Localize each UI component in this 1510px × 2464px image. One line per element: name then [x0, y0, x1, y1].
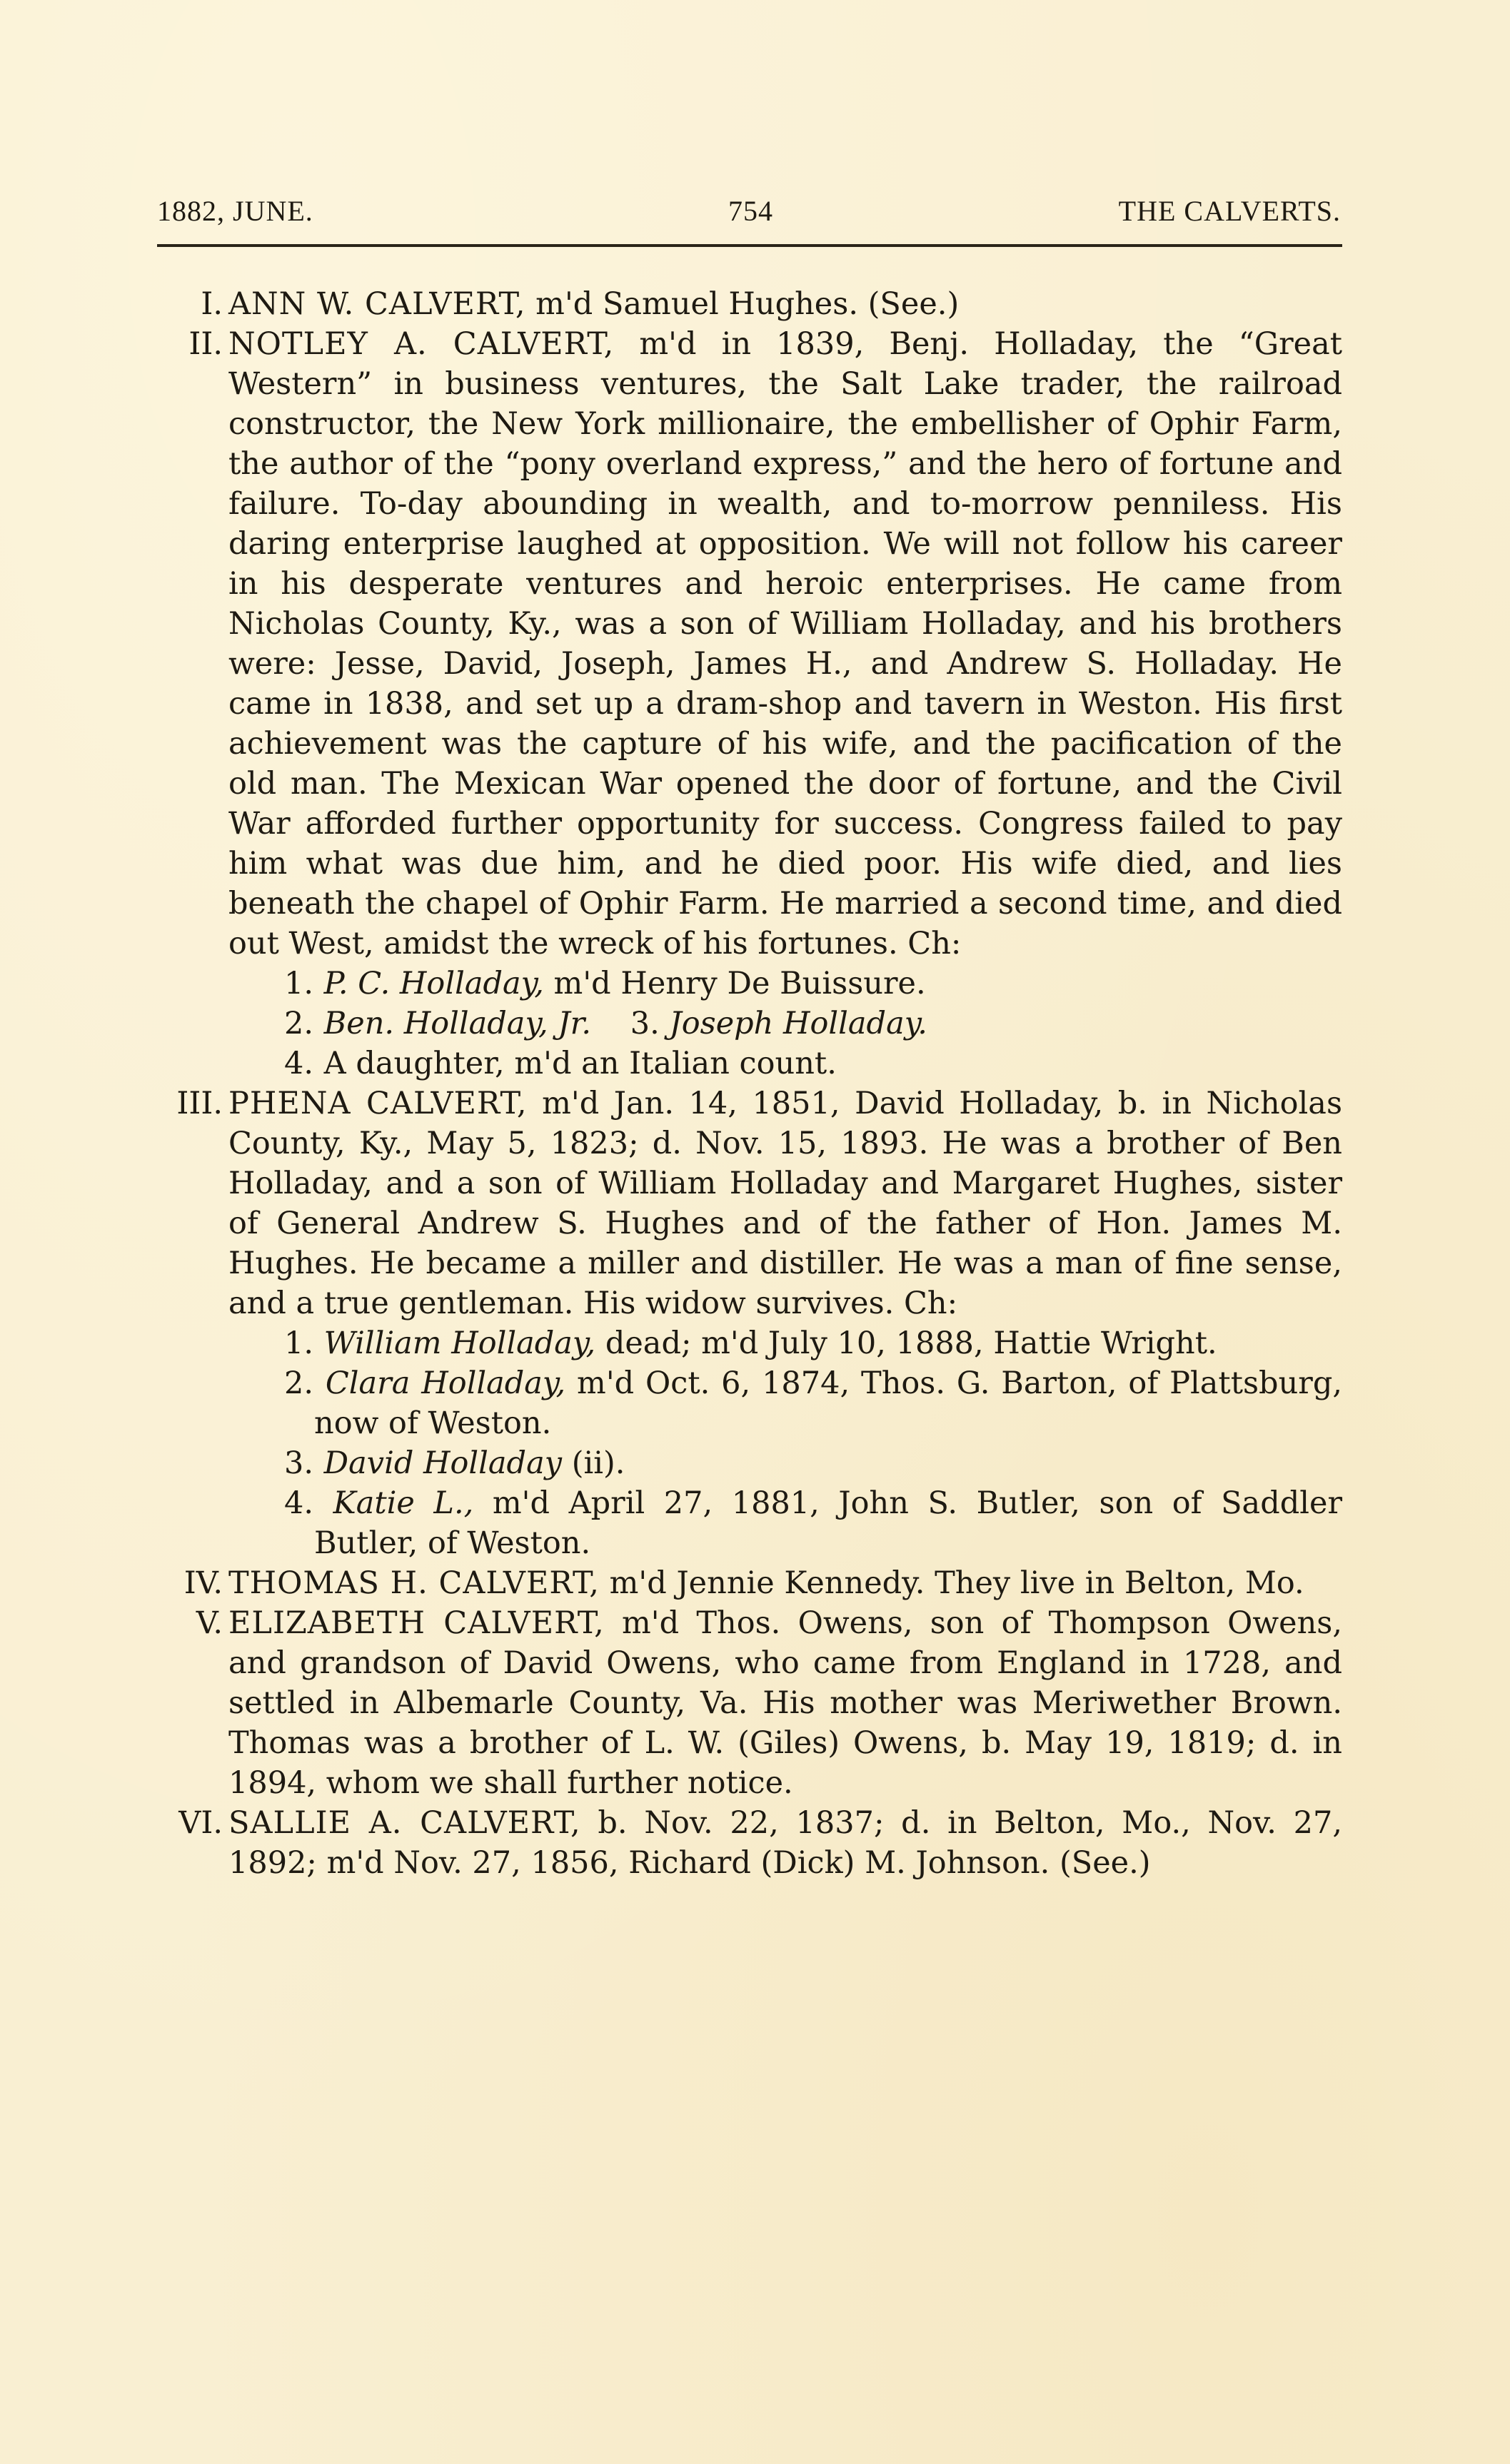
entry-text: m'd Jennie Kennedy. They live in Belton,…	[610, 1565, 1304, 1601]
page-number: 754	[728, 194, 773, 228]
entry-name: THOMAS H. CALVERT,	[228, 1565, 600, 1601]
entry-name: SALLIE A. CALVERT,	[228, 1805, 581, 1841]
child-number: 2.	[284, 1363, 314, 1403]
book-page: 1882, JUNE. 754 THE CALVERTS. I. ANN W. …	[0, 0, 1510, 2464]
header-date: 1882, JUNE.	[157, 194, 313, 228]
entry-sallie: VI. SALLIE A. CALVERT, b. Nov. 22, 1837;…	[171, 1803, 1342, 1883]
child-item: 3. David Holladay (ii).	[171, 1443, 1342, 1483]
entry-ann: I. ANN W. CALVERT, m'd Samuel Hughes. (S…	[171, 284, 1342, 324]
child-name: David Holladay	[324, 1445, 562, 1481]
child-number: 4.	[284, 1483, 314, 1523]
child-text: m'd Henry De Buissure.	[554, 966, 926, 1001]
entry-notley: II. NOTLEY A. CALVERT, m'd in 1839, Benj…	[171, 324, 1342, 964]
child-item: 4. A daughter, m'd an Italian count.	[171, 1044, 1342, 1084]
child-name: Joseph Holladay.	[670, 1006, 927, 1041]
child-item: 2. Clara Holladay, m'd Oct. 6, 1874, Tho…	[171, 1363, 1342, 1443]
child-name: Katie L.,	[333, 1485, 474, 1521]
entry-text: m'd in 1839, Benj. Holladay, the “Great …	[228, 326, 1342, 961]
entry-name: ANN W. CALVERT,	[228, 286, 526, 322]
entry-numeral: IV.	[164, 1563, 223, 1603]
entry-text: m'd Samuel Hughes. (See.)	[535, 286, 959, 322]
child-name: Ben. Holladay, Jr.	[324, 1006, 591, 1041]
child-name: William Holladay,	[324, 1326, 595, 1361]
child-number: 3.	[630, 1006, 660, 1041]
entry-name: ELIZABETH CALVERT,	[228, 1605, 605, 1641]
entry-elizabeth: V. ELIZABETH CALVERT, m'd Thos. Owens, s…	[171, 1603, 1342, 1803]
child-number: 4.	[284, 1044, 314, 1084]
child-name: P. C. Holladay,	[324, 966, 544, 1001]
entry-name: NOTLEY A. CALVERT,	[228, 326, 614, 362]
child-text: A daughter, m'd an Italian count.	[324, 1046, 837, 1081]
child-item: 4. Katie L., m'd April 27, 1881, John S.…	[171, 1483, 1342, 1563]
child-name: Clara Holladay,	[326, 1365, 565, 1401]
entry-thomas: IV. THOMAS H. CALVERT, m'd Jennie Kenned…	[171, 1563, 1342, 1603]
child-number: 2.	[284, 1004, 314, 1044]
entry-numeral: III.	[164, 1084, 223, 1124]
child-item: 1. P. C. Holladay, m'd Henry De Buissure…	[171, 964, 1342, 1004]
running-head: 1882, JUNE. 754 THE CALVERTS.	[157, 194, 1341, 237]
entry-numeral: I.	[171, 284, 223, 324]
child-text: (ii).	[572, 1445, 625, 1481]
entry-phena: III. PHENA CALVERT, m'd Jan. 14, 1851, D…	[171, 1084, 1342, 1323]
child-item: 2. Ben. Holladay, Jr. 3. Joseph Holladay…	[171, 1004, 1342, 1044]
entry-name: PHENA CALVERT,	[228, 1086, 528, 1121]
page-body: I. ANN W. CALVERT, m'd Samuel Hughes. (S…	[171, 284, 1342, 1883]
child-item: 1. William Holladay, dead; m'd July 10, …	[171, 1323, 1342, 1363]
entry-numeral: VI.	[164, 1803, 223, 1843]
entry-numeral: II.	[171, 324, 223, 364]
child-number: 3.	[284, 1443, 314, 1483]
entry-numeral: V.	[171, 1603, 223, 1643]
child-number: 1.	[284, 1323, 314, 1363]
header-title: THE CALVERTS.	[1119, 194, 1341, 228]
child-number: 1.	[284, 964, 314, 1004]
child-text: dead; m'd July 10, 1888, Hattie Wright.	[605, 1326, 1217, 1361]
header-rule	[157, 244, 1342, 247]
